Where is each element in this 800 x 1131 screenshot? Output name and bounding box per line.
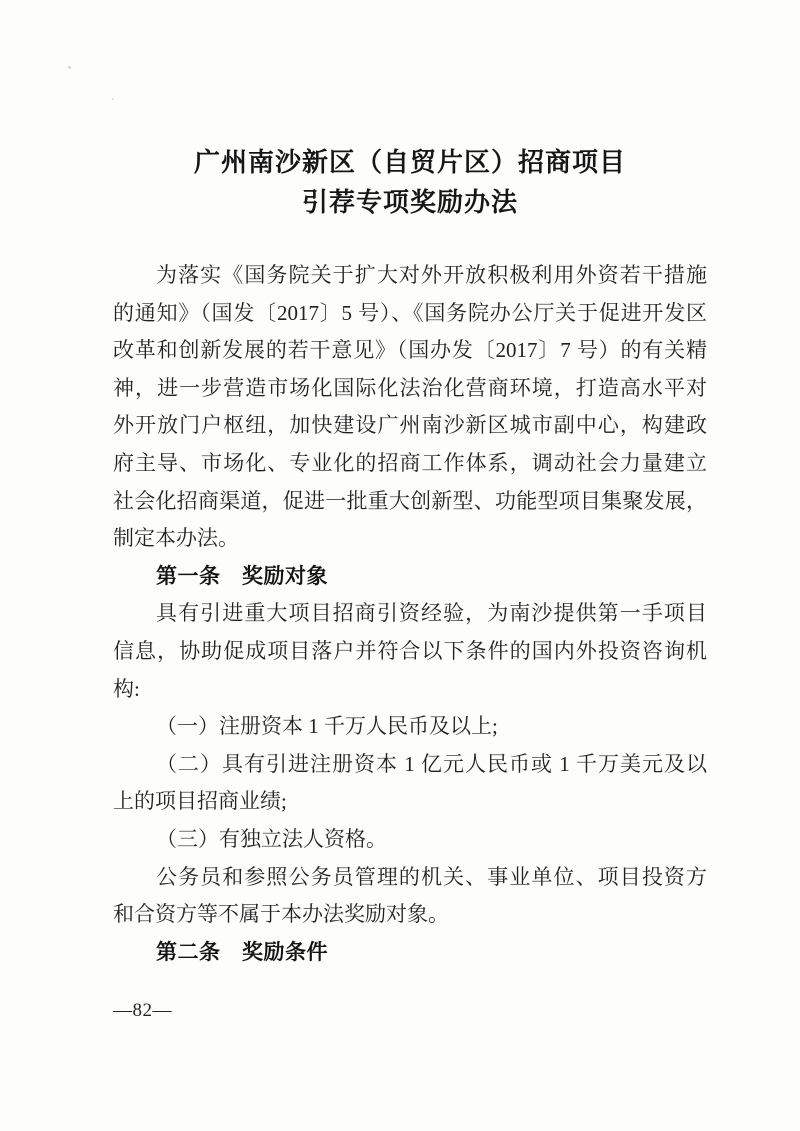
section-heading: 第一条 奖励对象 xyxy=(113,558,707,596)
page-number: —82— xyxy=(113,1000,172,1022)
text-line: 外开放门户枢纽，加快建设广州南沙新区城市副中心，构建政 xyxy=(113,407,707,445)
text-line: 公务员和参照公务员管理的机关、事业单位、项目投资方 xyxy=(113,859,707,897)
text-line: （一）注册资本 1 千万人民币及以上; xyxy=(113,708,707,746)
text-line: 制定本办法。 xyxy=(113,520,707,558)
text-line: 上的项目招商业绩; xyxy=(113,783,707,821)
body-lines: 为落实《国务院关于扩大对外开放积极利用外资若干措施的通知》（国发〔2017〕5 … xyxy=(113,257,707,971)
scan-speck xyxy=(68,66,71,69)
text-line: 神，进一步营造市场化国际化法治化营商环境，打造高水平对 xyxy=(113,370,707,408)
text-line: （三）有独立法人资格。 xyxy=(113,821,707,859)
text-line: 具有引进重大项目招商引资经验，为南沙提供第一手项目 xyxy=(113,595,707,633)
title-line-2: 引荐专项奖励办法 xyxy=(113,183,707,223)
section-heading: 第二条 奖励条件 xyxy=(113,934,707,972)
scan-speck xyxy=(112,98,114,100)
text-line: （二）具有引进注册资本 1 亿元人民币或 1 千万美元及以 xyxy=(113,746,707,784)
text-line: 构: xyxy=(113,671,707,709)
text-line: 的通知》（国发〔2017〕5 号）、《国务院办公厅关于促进开发区 xyxy=(113,295,707,333)
text-line: 府主导、市场化、专业化的招商工作体系，调动社会力量建立 xyxy=(113,445,707,483)
text-line: 为落实《国务院关于扩大对外开放积极利用外资若干措施 xyxy=(113,257,707,295)
title-line-1: 广州南沙新区（自贸片区）招商项目 xyxy=(113,143,707,183)
document-title: 广州南沙新区（自贸片区）招商项目 引荐专项奖励办法 xyxy=(113,143,707,223)
text-line: 和合资方等不属于本办法奖励对象。 xyxy=(113,896,707,934)
text-line: 改革和创新发展的若干意见》（国办发〔2017〕7 号）的有关精 xyxy=(113,332,707,370)
text-line: 信息，协助促成项目落户并符合以下条件的国内外投资咨询机 xyxy=(113,633,707,671)
document-page: 广州南沙新区（自贸片区）招商项目 引荐专项奖励办法 为落实《国务院关于扩大对外开… xyxy=(0,0,800,1131)
text-line: 社会化招商渠道，促进一批重大创新型、功能型项目集聚发展， xyxy=(113,483,707,521)
document-content: 广州南沙新区（自贸片区）招商项目 引荐专项奖励办法 为落实《国务院关于扩大对外开… xyxy=(113,143,707,971)
